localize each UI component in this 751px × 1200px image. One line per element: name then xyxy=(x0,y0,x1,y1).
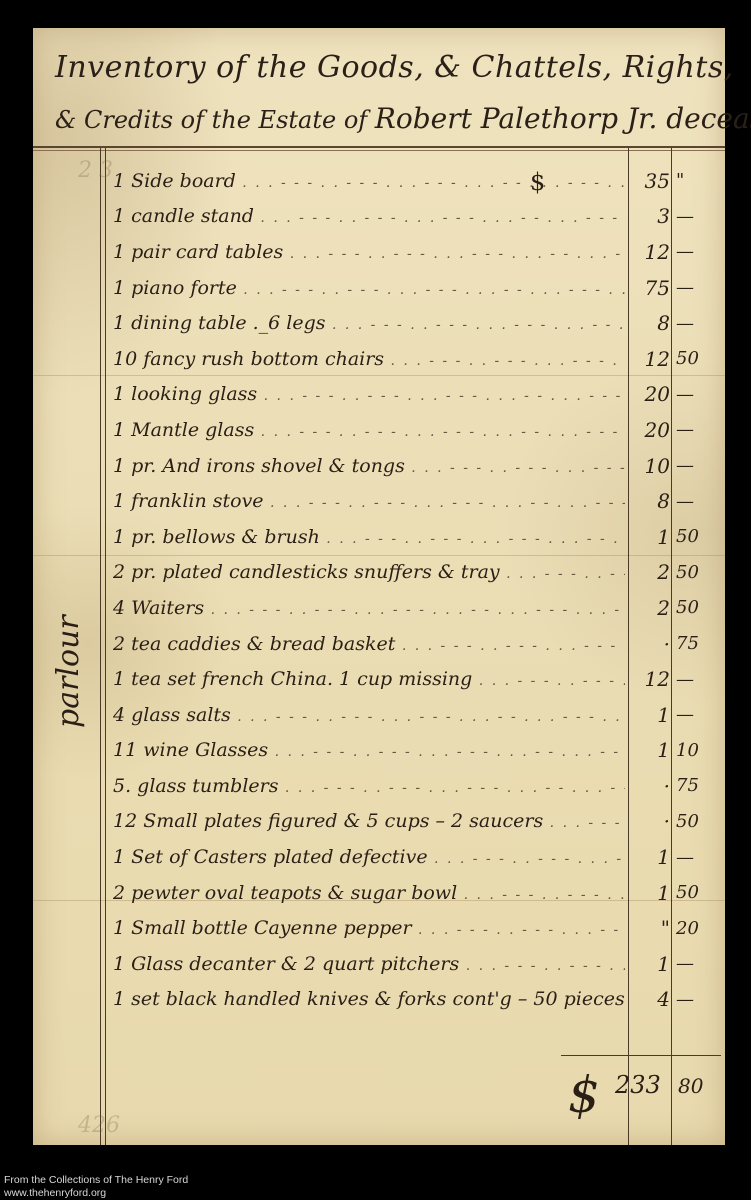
item-dollars: 2 xyxy=(630,560,670,584)
item-cents: — xyxy=(676,206,714,227)
inventory-row: 12 Small plates figured & 5 cups – 2 sau… xyxy=(108,804,725,840)
inventory-row: 1 candle stand3— xyxy=(108,199,725,235)
title-prefix: & Credits of the Estate of xyxy=(55,106,367,134)
inventory-list: 1 Side board35" 1 candle stand3— 1 pair … xyxy=(108,163,725,1017)
item-description: 10 fancy rush bottom chairs xyxy=(113,348,625,370)
inventory-row: 1 pr. bellows & brush150 xyxy=(108,519,725,555)
item-cents: 50 xyxy=(676,526,714,547)
margin-note-parlour: parlour xyxy=(51,615,86,728)
item-description: 1 franklin stove xyxy=(113,490,625,512)
total-dollars: 233 xyxy=(615,1071,661,1099)
item-description: 12 Small plates figured & 5 cups – 2 sau… xyxy=(113,810,625,832)
item-dollars: 20 xyxy=(630,382,670,406)
item-cents: — xyxy=(676,277,714,298)
document-title-line-1: Inventory of the Goods, & Chattels, Righ… xyxy=(55,50,734,85)
item-dollars: 12 xyxy=(630,667,670,691)
inventory-row: 4 Waiters250 xyxy=(108,590,725,626)
inventory-row: 1 pair card tables12— xyxy=(108,234,725,270)
document-title-line-2: & Credits of the Estate of Robert Paleth… xyxy=(55,102,751,135)
collection-credit: From the Collections of The Henry Ford w… xyxy=(4,1174,188,1200)
total-cents: 80 xyxy=(678,1074,703,1098)
bleed-through-marks: 426 xyxy=(78,1113,120,1138)
item-description: 1 Set of Casters plated defective xyxy=(113,846,625,868)
item-dollars: 3 xyxy=(630,204,670,228)
item-description: 1 piano forte xyxy=(113,277,625,299)
item-description: 1 Glass decanter & 2 quart pitchers xyxy=(113,953,625,975)
item-cents: 50 xyxy=(676,348,714,369)
item-dollars: 1 xyxy=(630,738,670,762)
item-dollars: 1 xyxy=(630,703,670,727)
item-dollars: · xyxy=(630,632,670,656)
header-divider-thin xyxy=(33,150,725,151)
item-dollars: 12 xyxy=(630,347,670,371)
inventory-row: 11 wine Glasses110 xyxy=(108,733,725,769)
item-cents: — xyxy=(676,669,714,690)
item-description: 1 candle stand xyxy=(113,205,625,227)
item-dollars: · xyxy=(630,809,670,833)
item-dollars: 1 xyxy=(630,525,670,549)
item-cents: — xyxy=(676,953,714,974)
item-cents: 50 xyxy=(676,562,714,583)
item-dollars: 10 xyxy=(630,454,670,478)
item-dollars: 8 xyxy=(630,311,670,335)
item-cents: " xyxy=(676,170,714,191)
item-dollars: 8 xyxy=(630,489,670,513)
header-divider xyxy=(33,146,725,148)
item-description: 2 pewter oval teapots & sugar bowl xyxy=(113,882,625,904)
item-cents: 20 xyxy=(676,918,714,939)
inventory-row: 10 fancy rush bottom chairs1250 xyxy=(108,341,725,377)
item-dollars: 2 xyxy=(630,596,670,620)
margin-rule-left xyxy=(100,148,101,1145)
inventory-row: 1 piano forte75— xyxy=(108,270,725,306)
inventory-row: 1 tea set french China. 1 cup missing12— xyxy=(108,661,725,697)
inventory-row: 1 looking glass20— xyxy=(108,377,725,413)
item-dollars: 20 xyxy=(630,418,670,442)
inventory-row: 4 glass salts1— xyxy=(108,697,725,733)
item-dollars: 75 xyxy=(630,276,670,300)
item-cents: 50 xyxy=(676,882,714,903)
credit-url: www.thehenryford.org xyxy=(4,1187,188,1200)
estate-name: Robert Palethorp Jr. deceased xyxy=(375,102,751,135)
item-description: 1 pr. And irons shovel & tongs xyxy=(113,455,625,477)
inventory-row: 2 tea caddies & bread basket·75 xyxy=(108,626,725,662)
inventory-row: 5. glass tumblers·75 xyxy=(108,768,725,804)
item-description: 1 looking glass xyxy=(113,383,625,405)
item-description: 4 glass salts xyxy=(113,704,625,726)
inventory-row: 1 Set of Casters plated defective1— xyxy=(108,839,725,875)
item-cents: — xyxy=(676,241,714,262)
item-cents: — xyxy=(676,847,714,868)
inventory-row: 1 franklin stove8— xyxy=(108,483,725,519)
item-cents: — xyxy=(676,704,714,725)
credit-line: From the Collections of The Henry Ford xyxy=(4,1174,188,1187)
item-description: 2 tea caddies & bread basket xyxy=(113,633,625,655)
inventory-row: 2 pewter oval teapots & sugar bowl150 xyxy=(108,875,725,911)
item-dollars: 1 xyxy=(630,881,670,905)
item-description: 1 tea set french China. 1 cup missing xyxy=(113,668,625,690)
inventory-row: 1 set black handled knives & forks cont'… xyxy=(108,982,725,1018)
total-rule xyxy=(561,1055,721,1056)
inventory-row: 1 Small bottle Cayenne pepper"20 xyxy=(108,910,725,946)
item-cents: — xyxy=(676,491,714,512)
inventory-document: Inventory of the Goods, & Chattels, Righ… xyxy=(33,28,725,1145)
item-dollars: 4 xyxy=(630,987,670,1011)
item-cents: 75 xyxy=(676,775,714,796)
inventory-row: 1 pr. And irons shovel & tongs10— xyxy=(108,448,725,484)
item-dollars: " xyxy=(630,916,670,940)
item-description: 1 Side board xyxy=(113,170,625,192)
item-dollars: 35 xyxy=(630,169,670,193)
item-dollars: 1 xyxy=(630,952,670,976)
item-cents: 10 xyxy=(676,740,714,761)
inventory-row: 2 pr. plated candlesticks snuffers & tra… xyxy=(108,555,725,591)
item-cents: 50 xyxy=(676,597,714,618)
item-description: 4 Waiters xyxy=(113,597,625,619)
total-dollar-sign-icon: $ xyxy=(568,1066,600,1124)
item-description: 1 pair card tables xyxy=(113,241,625,263)
item-cents: — xyxy=(676,313,714,334)
item-cents: — xyxy=(676,455,714,476)
item-cents: 50 xyxy=(676,811,714,832)
item-cents: — xyxy=(676,384,714,405)
inventory-row: 1 dining table ._6 legs8— xyxy=(108,305,725,341)
item-cents: 75 xyxy=(676,633,714,654)
item-description: 1 Small bottle Cayenne pepper xyxy=(113,917,625,939)
inventory-row: 1 Glass decanter & 2 quart pitchers1— xyxy=(108,946,725,982)
item-description: 1 pr. bellows & brush xyxy=(113,526,625,548)
item-dollars: 1 xyxy=(630,845,670,869)
item-description: 11 wine Glasses xyxy=(113,739,625,761)
item-description: 2 pr. plated candlesticks snuffers & tra… xyxy=(113,561,625,583)
inventory-row: 1 Side board35" xyxy=(108,163,725,199)
item-description: 1 Mantle glass xyxy=(113,419,625,441)
item-description: 1 set black handled knives & forks cont'… xyxy=(113,988,625,1010)
item-cents: — xyxy=(676,419,714,440)
item-description: 5. glass tumblers xyxy=(113,775,625,797)
item-dollars: 12 xyxy=(630,240,670,264)
item-dollars: · xyxy=(630,774,670,798)
item-cents: — xyxy=(676,989,714,1010)
margin-rule-right xyxy=(105,148,106,1145)
inventory-row: 1 Mantle glass20— xyxy=(108,412,725,448)
item-description: 1 dining table ._6 legs xyxy=(113,312,625,334)
